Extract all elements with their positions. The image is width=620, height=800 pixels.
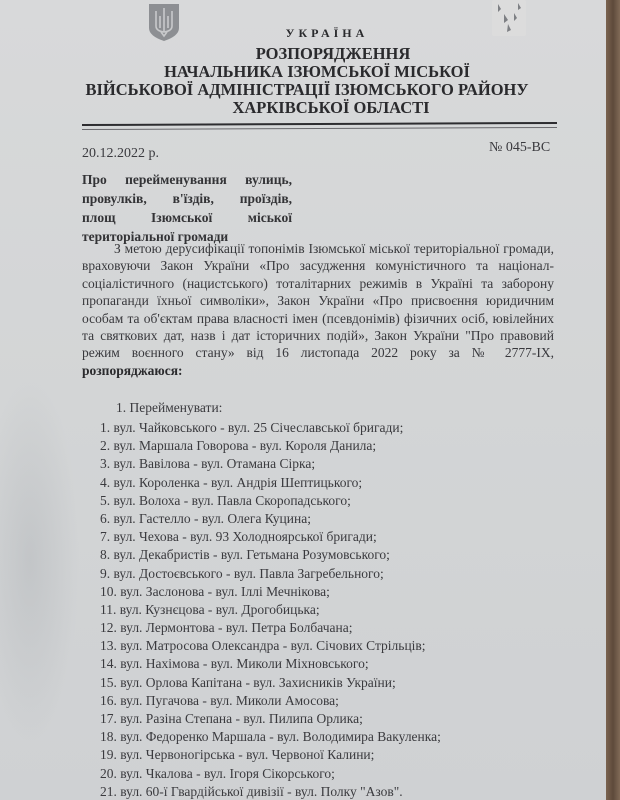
- preamble-paragraph: З метою дерусифікації топонімів Ізюмсько…: [82, 240, 554, 379]
- list-heading: 1. Перейменувати:: [116, 400, 222, 416]
- list-item: 10. вул. Заслонова - вул. Іллі Мечнікова…: [100, 583, 441, 601]
- country-heading: УКРАЇНА: [24, 26, 620, 41]
- list-item: 9. вул. Достоєвського - вул. Павла Загре…: [100, 565, 441, 583]
- issuer-heading-line-3: ХАРКІВСЬКОЇ ОБЛАСТІ: [28, 98, 620, 118]
- subject-line: Про перейменування вулиць,: [82, 170, 292, 189]
- subject-line: площ Ізюмської міської: [82, 208, 292, 227]
- preamble-text: З метою дерусифікації топонімів Ізюмсько…: [82, 241, 554, 360]
- list-item: 6. вул. Гастелло - вул. Олега Куцина;: [100, 510, 441, 528]
- list-item: 3. вул. Вавілова - вул. Отамана Сірка;: [100, 455, 441, 473]
- list-item: 1. вул. Чайковського - вул. 25 Січеславс…: [100, 419, 441, 437]
- document-number: № 045-ВС: [489, 140, 550, 156]
- list-item: 15. вул. Орлова Капітана - вул. Захисник…: [100, 674, 441, 692]
- list-item: 12. вул. Лермонтова - вул. Петра Болбача…: [100, 619, 441, 637]
- list-item: 5. вул. Волоха - вул. Павла Скоропадсько…: [100, 492, 441, 510]
- list-item: 13. вул. Матросова Олександра - вул. Січ…: [100, 637, 441, 655]
- decree-word: розпоряджаюся:: [82, 363, 183, 378]
- list-item: 16. вул. Пугачова - вул. Миколи Амосова;: [100, 692, 441, 710]
- rename-list: 1. вул. Чайковського - вул. 25 Січеславс…: [100, 419, 441, 800]
- list-item: 21. вул. 60-ї Гвардійської дивізії - вул…: [100, 783, 441, 800]
- list-item: 2. вул. Маршала Говорова - вул. Короля Д…: [100, 437, 441, 455]
- list-item: 19. вул. Червоногірська - вул. Червоної …: [100, 746, 441, 764]
- list-item: 8. вул. Декабристів - вул. Гетьмана Розу…: [100, 546, 441, 564]
- list-item: 18. вул. Федоренко Маршала - вул. Володи…: [100, 728, 441, 746]
- list-item: 4. вул. Короленка - вул. Андрія Шептицьк…: [100, 474, 441, 492]
- issuer-heading-line-2: ВІЙСЬКОВОЇ АДМІНІСТРАЦІЇ ІЗЮМСЬКОГО РАЙО…: [4, 80, 610, 100]
- issuer-heading-line-1: НАЧАЛЬНИКА ІЗЮМСЬКОЇ МІСЬКОЇ: [14, 62, 620, 82]
- document-page: УКРАЇНА РОЗПОРЯДЖЕННЯ НАЧАЛЬНИКА ІЗЮМСЬК…: [0, 0, 606, 800]
- document-type-heading: РОЗПОРЯДЖЕННЯ: [30, 44, 620, 64]
- list-item: 7. вул. Чехова - вул. 93 Холодноярської …: [100, 528, 441, 546]
- header-divider-thin: [82, 127, 557, 130]
- header-divider-thick: [82, 122, 557, 126]
- table-surface: [606, 0, 620, 800]
- list-item: 14. вул. Нахімова - вул. Миколи Міхновсь…: [100, 655, 441, 673]
- subject-line: провулків, в'їздів, проїздів,: [82, 189, 292, 208]
- document-date: 20.12.2022 р.: [82, 146, 159, 162]
- list-item: 20. вул. Чкалова - вул. Ігоря Сікорськог…: [100, 765, 441, 783]
- document-subject: Про перейменування вулиць, провулків, в'…: [82, 170, 292, 246]
- list-item: 17. вул. Разіна Степана - вул. Пилипа Ор…: [100, 710, 441, 728]
- list-item: 11. вул. Кузнєцова - вул. Дрогобицька;: [100, 601, 441, 619]
